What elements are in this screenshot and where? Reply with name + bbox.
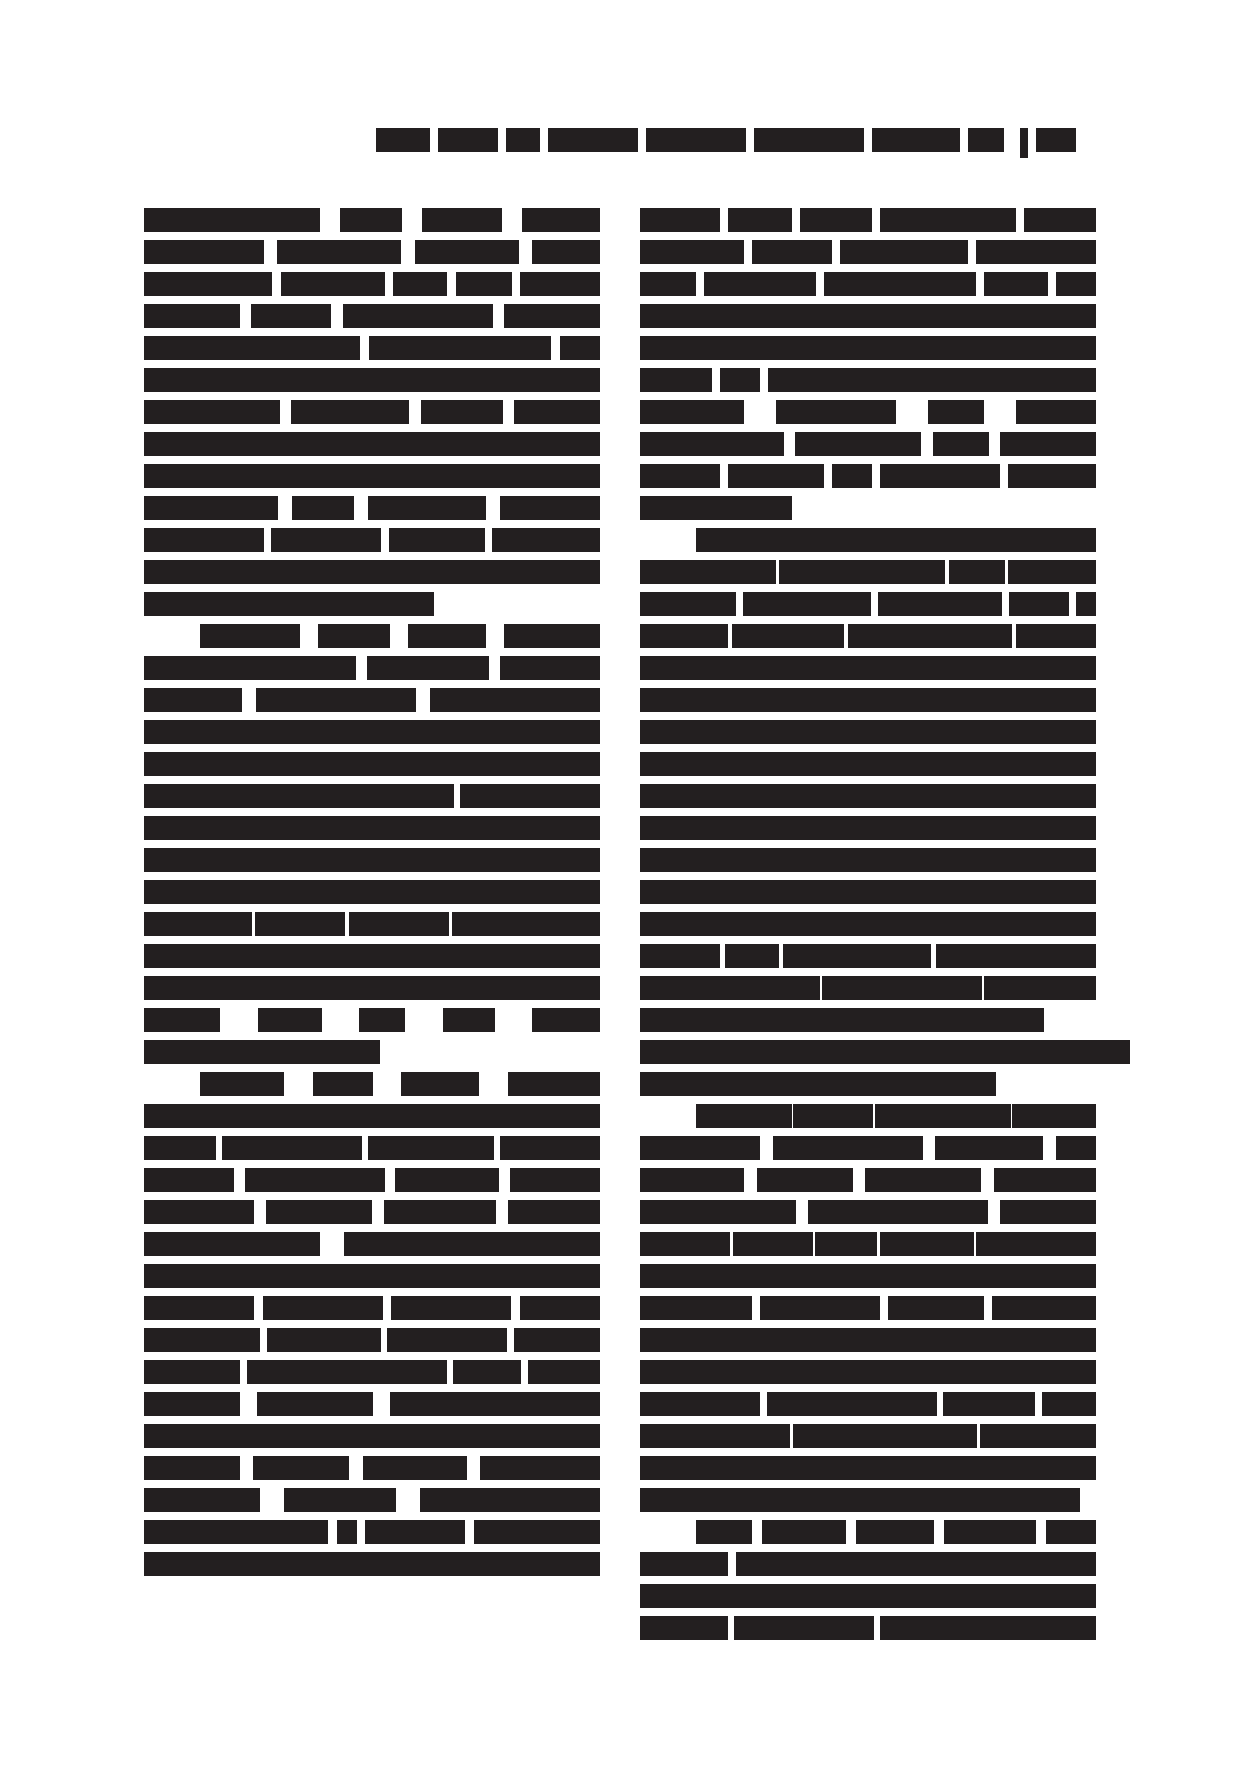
text-line: [640, 1520, 1096, 1544]
text-line: [144, 1392, 600, 1416]
redacted-word: [980, 1424, 1096, 1448]
redacted-word: [500, 496, 600, 520]
redacted-word: [928, 400, 984, 424]
redacted-word: [640, 1008, 1044, 1032]
text-line: [640, 752, 1096, 776]
redacted-word: [532, 240, 600, 264]
text-line: [144, 240, 600, 264]
redacted-word: [640, 304, 1096, 328]
redacted-word: [815, 1232, 877, 1256]
text-line: [144, 1424, 600, 1448]
redacted-word: [390, 1392, 600, 1416]
text-line: [640, 880, 1096, 904]
redacted-word: [504, 304, 600, 328]
text-line: [144, 688, 600, 712]
redacted-word: [144, 656, 356, 680]
redacted-word: [369, 336, 551, 360]
redacted-word: [200, 1072, 284, 1096]
redacted-word: [520, 272, 600, 296]
redacted-word: [984, 272, 1048, 296]
header-title-word-redacted: [872, 128, 960, 152]
redacted-word: [640, 1296, 752, 1320]
redacted-word: [732, 624, 844, 648]
text-line: [640, 368, 1096, 392]
redacted-word: [1056, 272, 1096, 296]
redacted-word: [696, 1520, 752, 1544]
redacted-word: [452, 912, 600, 936]
redacted-word: [245, 1168, 385, 1192]
text-line: [144, 592, 600, 616]
redacted-word: [640, 1264, 1096, 1288]
redacted-word: [696, 1104, 792, 1128]
redacted-word: [421, 400, 503, 424]
redacted-word: [720, 368, 760, 392]
redacted-word: [144, 912, 252, 936]
header-title-word-redacted: [968, 128, 1004, 152]
text-line: [640, 1328, 1096, 1352]
redacted-word: [640, 432, 784, 456]
redacted-word: [640, 560, 776, 584]
text-line: [640, 1168, 1096, 1192]
redacted-word: [144, 1232, 320, 1256]
redacted-word: [144, 528, 264, 552]
redacted-word: [144, 816, 340, 840]
redacted-word: [144, 496, 278, 520]
redacted-word: [793, 1424, 977, 1448]
redacted-word: [949, 560, 1005, 584]
redacted-word: [313, 1072, 373, 1096]
redacted-word: [384, 1200, 496, 1224]
text-line: [640, 784, 1096, 808]
redacted-word: [508, 1200, 600, 1224]
redacted-word: [460, 784, 600, 808]
text-line: [144, 368, 600, 392]
redacted-word: [1056, 1136, 1096, 1160]
redacted-word: [878, 592, 1002, 616]
redacted-word: [880, 464, 1000, 488]
text-line: [640, 1424, 1096, 1448]
text-line: [640, 464, 1096, 488]
redacted-word: [277, 240, 401, 264]
redacted-word: [856, 1520, 934, 1544]
redacted-word: [343, 304, 493, 328]
redacted-word: [144, 1328, 260, 1352]
redacted-word: [1000, 432, 1096, 456]
text-line: [640, 688, 1096, 712]
redacted-word: [1042, 1392, 1096, 1416]
redacted-word: [144, 1008, 220, 1032]
redacted-word: [144, 720, 600, 744]
redacted-word: [522, 208, 600, 232]
text-line: [144, 1168, 600, 1192]
redacted-word: [144, 592, 434, 616]
redacted-word: [528, 1360, 600, 1384]
header-title-word-redacted: [438, 128, 498, 152]
text-line: [144, 496, 600, 520]
redacted-word: [340, 816, 600, 840]
redacted-word: [395, 1168, 499, 1192]
redacted-word: [779, 560, 945, 584]
redacted-word: [808, 1200, 988, 1224]
redacted-word: [795, 432, 921, 456]
redacted-word: [733, 1232, 813, 1256]
redacted-word: [284, 1488, 396, 1512]
redacted-word: [453, 1360, 521, 1384]
text-line: [144, 880, 600, 904]
redacted-word: [257, 1392, 373, 1416]
redacted-word: [144, 464, 600, 488]
text-line: [144, 1072, 600, 1096]
text-line: [640, 1264, 1096, 1288]
text-line: [640, 1200, 1096, 1224]
redacted-word: [734, 1616, 874, 1640]
redacted-word: [800, 208, 872, 232]
text-line: [640, 1392, 1096, 1416]
redacted-word: [144, 1040, 380, 1064]
text-line: [640, 1584, 1096, 1608]
redacted-word: [520, 1296, 600, 1320]
text-line: [640, 976, 1096, 1000]
redacted-word: [318, 624, 390, 648]
text-line: [144, 976, 600, 1000]
redacted-word: [640, 464, 720, 488]
text-line: [144, 1232, 600, 1256]
redacted-word: [144, 976, 600, 1000]
redacted-word: [640, 976, 820, 1000]
redacted-word: [408, 624, 486, 648]
redacted-word: [640, 272, 696, 296]
redacted-word: [1016, 400, 1096, 424]
text-line: [640, 528, 1096, 552]
redacted-word: [144, 1552, 600, 1576]
text-line: [144, 720, 600, 744]
redacted-word: [640, 912, 1096, 936]
redacted-word: [144, 1456, 240, 1480]
redacted-word: [344, 1232, 600, 1256]
redacted-word: [640, 1200, 796, 1224]
text-line: [144, 1520, 600, 1544]
redacted-word: [936, 944, 1096, 968]
redacted-word: [144, 688, 242, 712]
redacted-word: [144, 1360, 240, 1384]
redacted-word: [640, 656, 1096, 680]
redacted-word: [255, 912, 345, 936]
text-line: [640, 816, 1096, 840]
header-title-word-redacted: [376, 128, 430, 152]
redacted-word: [144, 944, 600, 968]
redacted-word: [510, 1168, 600, 1192]
redacted-word: [640, 1456, 1096, 1480]
text-line: [144, 1360, 600, 1384]
redacted-word: [401, 1072, 479, 1096]
redacted-word: [340, 208, 402, 232]
header-title-word-redacted: [754, 128, 864, 152]
redacted-word: [266, 1200, 372, 1224]
redacted-word: [1024, 208, 1096, 232]
text-line: [144, 336, 600, 360]
redacted-word: [420, 1488, 600, 1512]
text-line: [640, 848, 1096, 872]
text-line: [144, 848, 600, 872]
redacted-word: [292, 496, 354, 520]
redacted-word: [824, 272, 976, 296]
text-line: [144, 1296, 600, 1320]
redacted-word: [359, 1008, 405, 1032]
redacted-word: [757, 1168, 853, 1192]
redacted-word: [144, 1104, 600, 1128]
redacted-word: [1076, 592, 1096, 616]
redacted-word: [773, 1136, 923, 1160]
redacted-word: [640, 496, 792, 520]
redacted-word: [640, 336, 1096, 360]
redacted-word: [144, 1488, 260, 1512]
redacted-word: [363, 1456, 467, 1480]
redacted-word: [640, 1552, 728, 1576]
redacted-word: [976, 1232, 1096, 1256]
text-line: [640, 1616, 1096, 1640]
redacted-word: [640, 944, 720, 968]
redacted-word: [144, 880, 600, 904]
redacted-word: [256, 688, 416, 712]
redacted-word: [500, 1136, 600, 1160]
redacted-word: [640, 1232, 730, 1256]
redacted-word: [640, 368, 712, 392]
redacted-word: [474, 1520, 600, 1544]
redacted-word: [514, 400, 600, 424]
redacted-word: [640, 1424, 790, 1448]
redacted-word: [640, 1360, 1096, 1384]
redacted-word: [793, 1104, 873, 1128]
redacted-word: [508, 1072, 600, 1096]
redacted-word: [790, 1040, 874, 1064]
redacted-word: [640, 208, 720, 232]
text-line: [640, 656, 1096, 680]
redacted-word: [992, 1296, 1096, 1320]
text-line: [144, 1456, 600, 1480]
redacted-word: [349, 912, 449, 936]
redacted-word: [880, 1232, 974, 1256]
text-line: [144, 1488, 600, 1512]
redacted-word: [144, 1200, 254, 1224]
redacted-word: [933, 432, 989, 456]
redacted-word: [944, 1520, 1036, 1544]
redacted-word: [1000, 1200, 1096, 1224]
header-title-word-redacted: [548, 128, 638, 152]
redacted-word: [251, 304, 331, 328]
redacted-word: [144, 272, 272, 296]
redacted-word: [1009, 592, 1069, 616]
redacted-word: [840, 240, 968, 264]
redacted-word: [865, 1168, 981, 1192]
redacted-word: [443, 1008, 495, 1032]
redacted-word: [144, 1168, 234, 1192]
text-line: [640, 1488, 1096, 1512]
redacted-word: [767, 1392, 937, 1416]
redacted-word: [725, 944, 779, 968]
text-line: [640, 912, 1096, 936]
redacted-word: [144, 1424, 326, 1448]
page-number-redacted: [1036, 128, 1076, 152]
redacted-word: [888, 1296, 984, 1320]
redacted-word: [281, 272, 385, 296]
redacted-word: [144, 208, 320, 232]
redacted-word: [1012, 1104, 1096, 1128]
text-line: [144, 432, 600, 456]
redacted-word: [365, 1520, 465, 1544]
redacted-word: [422, 208, 502, 232]
header-title-word-redacted: [646, 128, 746, 152]
redacted-word: [728, 464, 824, 488]
redacted-word: [200, 624, 300, 648]
text-line: [144, 912, 600, 936]
redacted-word: [504, 624, 600, 648]
redacted-word: [144, 432, 600, 456]
text-line: [640, 400, 1096, 424]
redacted-word: [144, 1520, 328, 1544]
text-line: [640, 1136, 1096, 1160]
redacted-word: [640, 1136, 760, 1160]
redacted-word: [743, 592, 871, 616]
redacted-word: [1008, 560, 1096, 584]
right-column-text: [640, 208, 1096, 1648]
redacted-word: [640, 400, 744, 424]
redacted-word: [704, 272, 816, 296]
text-line: [144, 304, 600, 328]
redacted-word: [760, 1296, 880, 1320]
redacted-word: [783, 944, 931, 968]
redacted-word: [267, 1328, 381, 1352]
header-title-word-redacted: [506, 128, 540, 152]
redacted-word: [144, 560, 600, 584]
text-line: [144, 208, 600, 232]
text-line: [640, 720, 1096, 744]
left-column-text: [144, 208, 600, 1584]
redacted-word: [762, 1520, 846, 1544]
running-header: [376, 128, 1084, 152]
redacted-word: [263, 1296, 383, 1320]
redacted-word: [640, 880, 1096, 904]
text-line: [144, 560, 600, 584]
redacted-word: [640, 240, 744, 264]
redacted-word: [640, 752, 1096, 776]
redacted-word: [514, 1328, 600, 1352]
text-line: [144, 1040, 600, 1064]
redacted-word: [696, 528, 1096, 552]
text-line: [640, 1072, 1096, 1096]
redacted-word: [271, 528, 381, 552]
text-line: [144, 1552, 600, 1576]
text-line: [144, 1328, 600, 1352]
redacted-word: [480, 1456, 600, 1480]
redacted-word: [640, 1616, 728, 1640]
redacted-word: [144, 336, 360, 360]
redacted-word: [736, 1552, 1096, 1576]
text-line: [144, 1264, 600, 1288]
text-line: [144, 272, 600, 296]
redacted-word: [1016, 624, 1096, 648]
redacted-word: [144, 784, 454, 808]
text-line: [144, 1104, 600, 1128]
text-line: [640, 496, 1096, 520]
header-separator: [1020, 128, 1028, 158]
text-line: [640, 1552, 1096, 1576]
redacted-word: [291, 400, 409, 424]
redacted-word: [492, 528, 600, 552]
redacted-word: [144, 752, 600, 776]
redacted-word: [368, 1136, 494, 1160]
text-line: [640, 944, 1096, 968]
redacted-word: [640, 624, 728, 648]
redacted-word: [258, 1008, 322, 1032]
redacted-word: [144, 240, 264, 264]
redacted-word: [640, 688, 1096, 712]
text-line: [640, 1360, 1096, 1384]
text-line: [144, 816, 600, 840]
text-line: [640, 592, 1096, 616]
text-line: [144, 464, 600, 488]
redacted-word: [144, 1136, 216, 1160]
text-line: [640, 240, 1096, 264]
redacted-word: [144, 400, 280, 424]
text-line: [640, 1008, 1096, 1032]
redacted-word: [337, 1520, 357, 1544]
redacted-word: [640, 1328, 1096, 1352]
redacted-word: [144, 368, 600, 392]
redacted-word: [768, 368, 1096, 392]
redacted-word: [640, 720, 1096, 744]
redacted-word: [640, 592, 736, 616]
redacted-word: [935, 1136, 1043, 1160]
redacted-word: [848, 624, 1012, 648]
text-line: [640, 1456, 1096, 1480]
text-line: [640, 624, 1096, 648]
redacted-word: [640, 1168, 744, 1192]
redacted-word: [640, 848, 1096, 872]
redacted-word: [368, 496, 486, 520]
redacted-word: [393, 272, 447, 296]
redacted-word: [144, 1264, 600, 1288]
redacted-word: [752, 240, 832, 264]
text-line: [640, 336, 1096, 360]
redacted-word: [640, 1392, 760, 1416]
text-line: [144, 624, 600, 648]
redacted-word: [875, 1104, 1011, 1128]
text-line: [144, 400, 600, 424]
redacted-word: [880, 208, 1016, 232]
redacted-word: [640, 1072, 996, 1096]
redacted-word: [144, 1296, 254, 1320]
text-line: [144, 1008, 600, 1032]
text-line: [640, 1296, 1096, 1320]
redacted-word: [640, 1040, 790, 1064]
redacted-word: [389, 528, 485, 552]
redacted-word: [943, 1392, 1035, 1416]
text-line: [144, 784, 600, 808]
redacted-word: [430, 688, 600, 712]
text-line: [640, 208, 1096, 232]
redacted-word: [640, 1584, 1096, 1608]
redacted-word: [880, 1616, 1096, 1640]
redacted-word: [560, 336, 600, 360]
redacted-word: [222, 1136, 362, 1160]
text-line: [640, 304, 1096, 328]
redacted-word: [832, 464, 872, 488]
text-line: [640, 1040, 1096, 1064]
text-line: [640, 1104, 1096, 1128]
redacted-word: [144, 1392, 240, 1416]
redacted-word: [1008, 464, 1096, 488]
redacted-word: [500, 656, 600, 680]
